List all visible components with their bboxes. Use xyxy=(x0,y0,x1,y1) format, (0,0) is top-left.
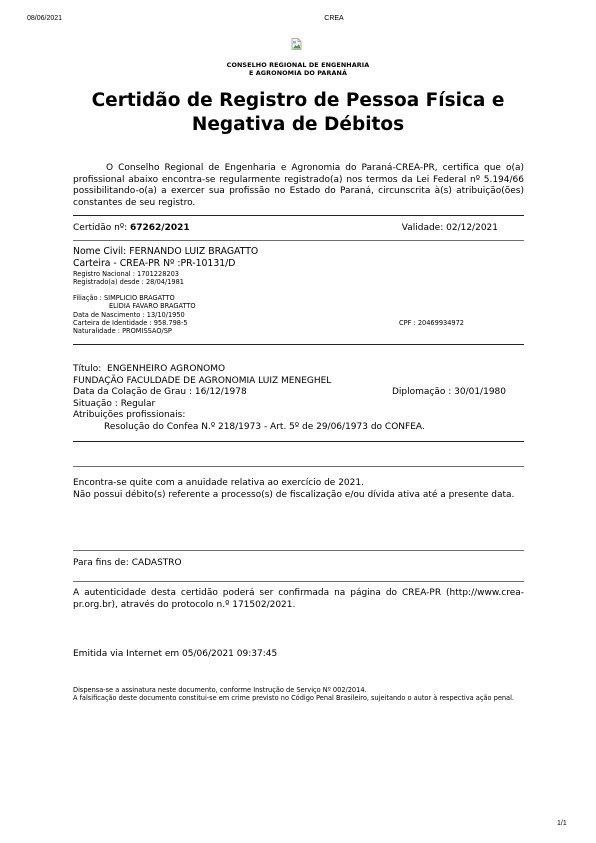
debt-status: Não possui débito(s) referente a process… xyxy=(73,490,524,502)
identity-row: Carteira de Identidade : 958.798-5 CPF :… xyxy=(73,319,524,327)
attributions-value: Resolução do Confea N.º 218/1973 - Art. … xyxy=(73,422,524,434)
graduation-date: Data da Colação de Grau : 16/12/1978 xyxy=(73,387,247,399)
birth-date: Data de Nascimento : 13/10/1950 xyxy=(73,311,524,319)
institution: FUNDAÇÃO FACULDADE DE AGRONOMIA LUIZ MEN… xyxy=(73,376,524,388)
identity-card: Carteira de Identidade : 958.798-5 xyxy=(73,319,188,327)
validity-value: 02/12/2021 xyxy=(446,223,498,233)
parents: Filiação : SIMPLICIO BRAGATTO xyxy=(73,294,524,302)
purpose-value: CADASTRO xyxy=(132,558,182,568)
disclaimer: Dispensa-se a assinatura neste documento… xyxy=(73,686,524,703)
signature-waiver: Dispensa-se a assinatura neste documento… xyxy=(73,686,524,694)
purpose: Para fins de: CADASTRO xyxy=(73,558,524,570)
crea-card-value: PR-10131/D xyxy=(181,258,236,269)
status: Situação : Regular xyxy=(73,399,524,411)
divider xyxy=(73,581,524,582)
forgery-warning: A falsificação deste documento constitui… xyxy=(73,694,524,702)
organization-name: CONSELHO REGIONAL DE ENGENHARIA E AGRONO… xyxy=(0,61,596,77)
status-value: Regular xyxy=(121,399,156,409)
issued-timestamp: Emitida via Internet em 05/06/2021 09:37… xyxy=(73,649,524,661)
debts-section: Encontra-se quite com a anuidade relativ… xyxy=(73,478,524,501)
civil-name: Nome Civil: FERNANDO LUIZ BRAGATTO xyxy=(73,246,524,258)
civil-name-value: FERNANDO LUIZ BRAGATTO xyxy=(129,246,258,257)
document-title-line2: Negativa de Débitos xyxy=(0,113,596,137)
document-title: Certidão de Registro de Pessoa Física e … xyxy=(0,89,596,137)
professional-section: Nome Civil: FERNANDO LUIZ BRAGATTO Carte… xyxy=(73,246,524,286)
birthplace: Naturalidade : PROMISSAO/SP xyxy=(73,327,524,335)
divider xyxy=(73,550,524,551)
broken-image-icon xyxy=(291,35,302,47)
certificate-row: Certidão nº: 67262/2021 Validade: 02/12/… xyxy=(73,223,524,235)
divider xyxy=(73,240,524,241)
cpf: CPF : 20469934972 xyxy=(399,319,524,327)
mother-name: ELIDIA FAVARO BRAGATTO xyxy=(73,302,524,310)
dates-row: Data da Colação de Grau : 16/12/1978 Dip… xyxy=(73,387,524,399)
document-title-line1: Certidão de Registro de Pessoa Física e xyxy=(0,89,596,113)
professional-title: Título: ENGENHEIRO AGRONOMO xyxy=(73,364,524,376)
divider xyxy=(73,441,524,442)
print-title: CREA xyxy=(0,15,596,22)
certificate-number: Certidão nº: 67262/2021 xyxy=(73,223,190,235)
divider xyxy=(73,215,524,216)
attributions-label: Atribuições profissionais: xyxy=(73,410,524,422)
certificate-number-value: 67262/2021 xyxy=(130,223,190,233)
diploma-date: Diplomação : 30/01/1980 xyxy=(392,387,524,399)
authenticity-notice: A autenticidade desta certidão poderá se… xyxy=(73,588,524,611)
certificate-validity: Validade: 02/12/2021 xyxy=(402,223,524,235)
personal-section: Filiação : SIMPLICIO BRAGATTO ELIDIA FAV… xyxy=(73,294,524,335)
page-number: 1/1 xyxy=(557,820,567,827)
organization-line1: CONSELHO REGIONAL DE ENGENHARIA xyxy=(0,61,596,69)
divider xyxy=(73,344,524,345)
crea-card: Carteira - CREA-PR Nº :PR-10131/D xyxy=(73,258,524,270)
registered-since: Registrado(a) desde : 28/04/1981 xyxy=(73,278,524,286)
annuity-status: Encontra-se quite com a anuidade relativ… xyxy=(73,478,524,490)
intro-paragraph: O Conselho Regional de Engenharia e Agro… xyxy=(73,163,524,209)
divider xyxy=(73,466,524,467)
organization-line2: E AGRONOMIA DO PARANÁ xyxy=(0,69,596,77)
national-registration: Registro Nacional : 1701228203 xyxy=(73,270,524,278)
qualification-section: Título: ENGENHEIRO AGRONOMO FUNDAÇÃO FAC… xyxy=(73,364,524,434)
father-name: SIMPLICIO BRAGATTO xyxy=(104,294,175,302)
